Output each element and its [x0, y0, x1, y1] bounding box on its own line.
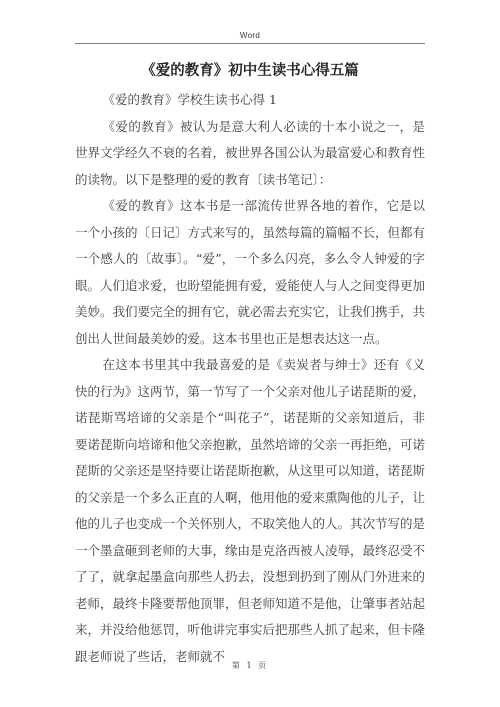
page-header: Word: [75, 0, 425, 43]
paragraph-detail: 在这本书里其中我最喜爱的是《卖炭者与绅士》还有《义快的行为》这两节，第一节写了一…: [75, 352, 425, 670]
document-title: 《爱的教育》初中生读书心得五篇: [75, 60, 425, 82]
header-divider: [75, 43, 425, 44]
document-page: Word 《爱的教育》初中生读书心得五篇 《爱的教育》学校生读书心得 1 《爱的…: [0, 0, 500, 707]
paragraph-section-heading: 《爱的教育》学校生读书心得 1: [75, 87, 425, 114]
header-app-label: Word: [240, 31, 260, 40]
paragraph-intro: 《爱的教育》被认为是意大利人必读的十本小说之一，是世界文学经久不衰的名着，被世界…: [75, 114, 425, 194]
document-body: 《爱的教育》初中生读书心得五篇 《爱的教育》学校生读书心得 1 《爱的教育》被认…: [75, 46, 425, 670]
page-footer: 第 1 页: [0, 653, 500, 672]
paragraph-overview: 《爱的教育》这本书是一部流传世界各地的着作，它是以一个小孩的〔日记〕方式来写的，…: [75, 193, 425, 352]
page-number: 第 1 页: [232, 661, 268, 670]
